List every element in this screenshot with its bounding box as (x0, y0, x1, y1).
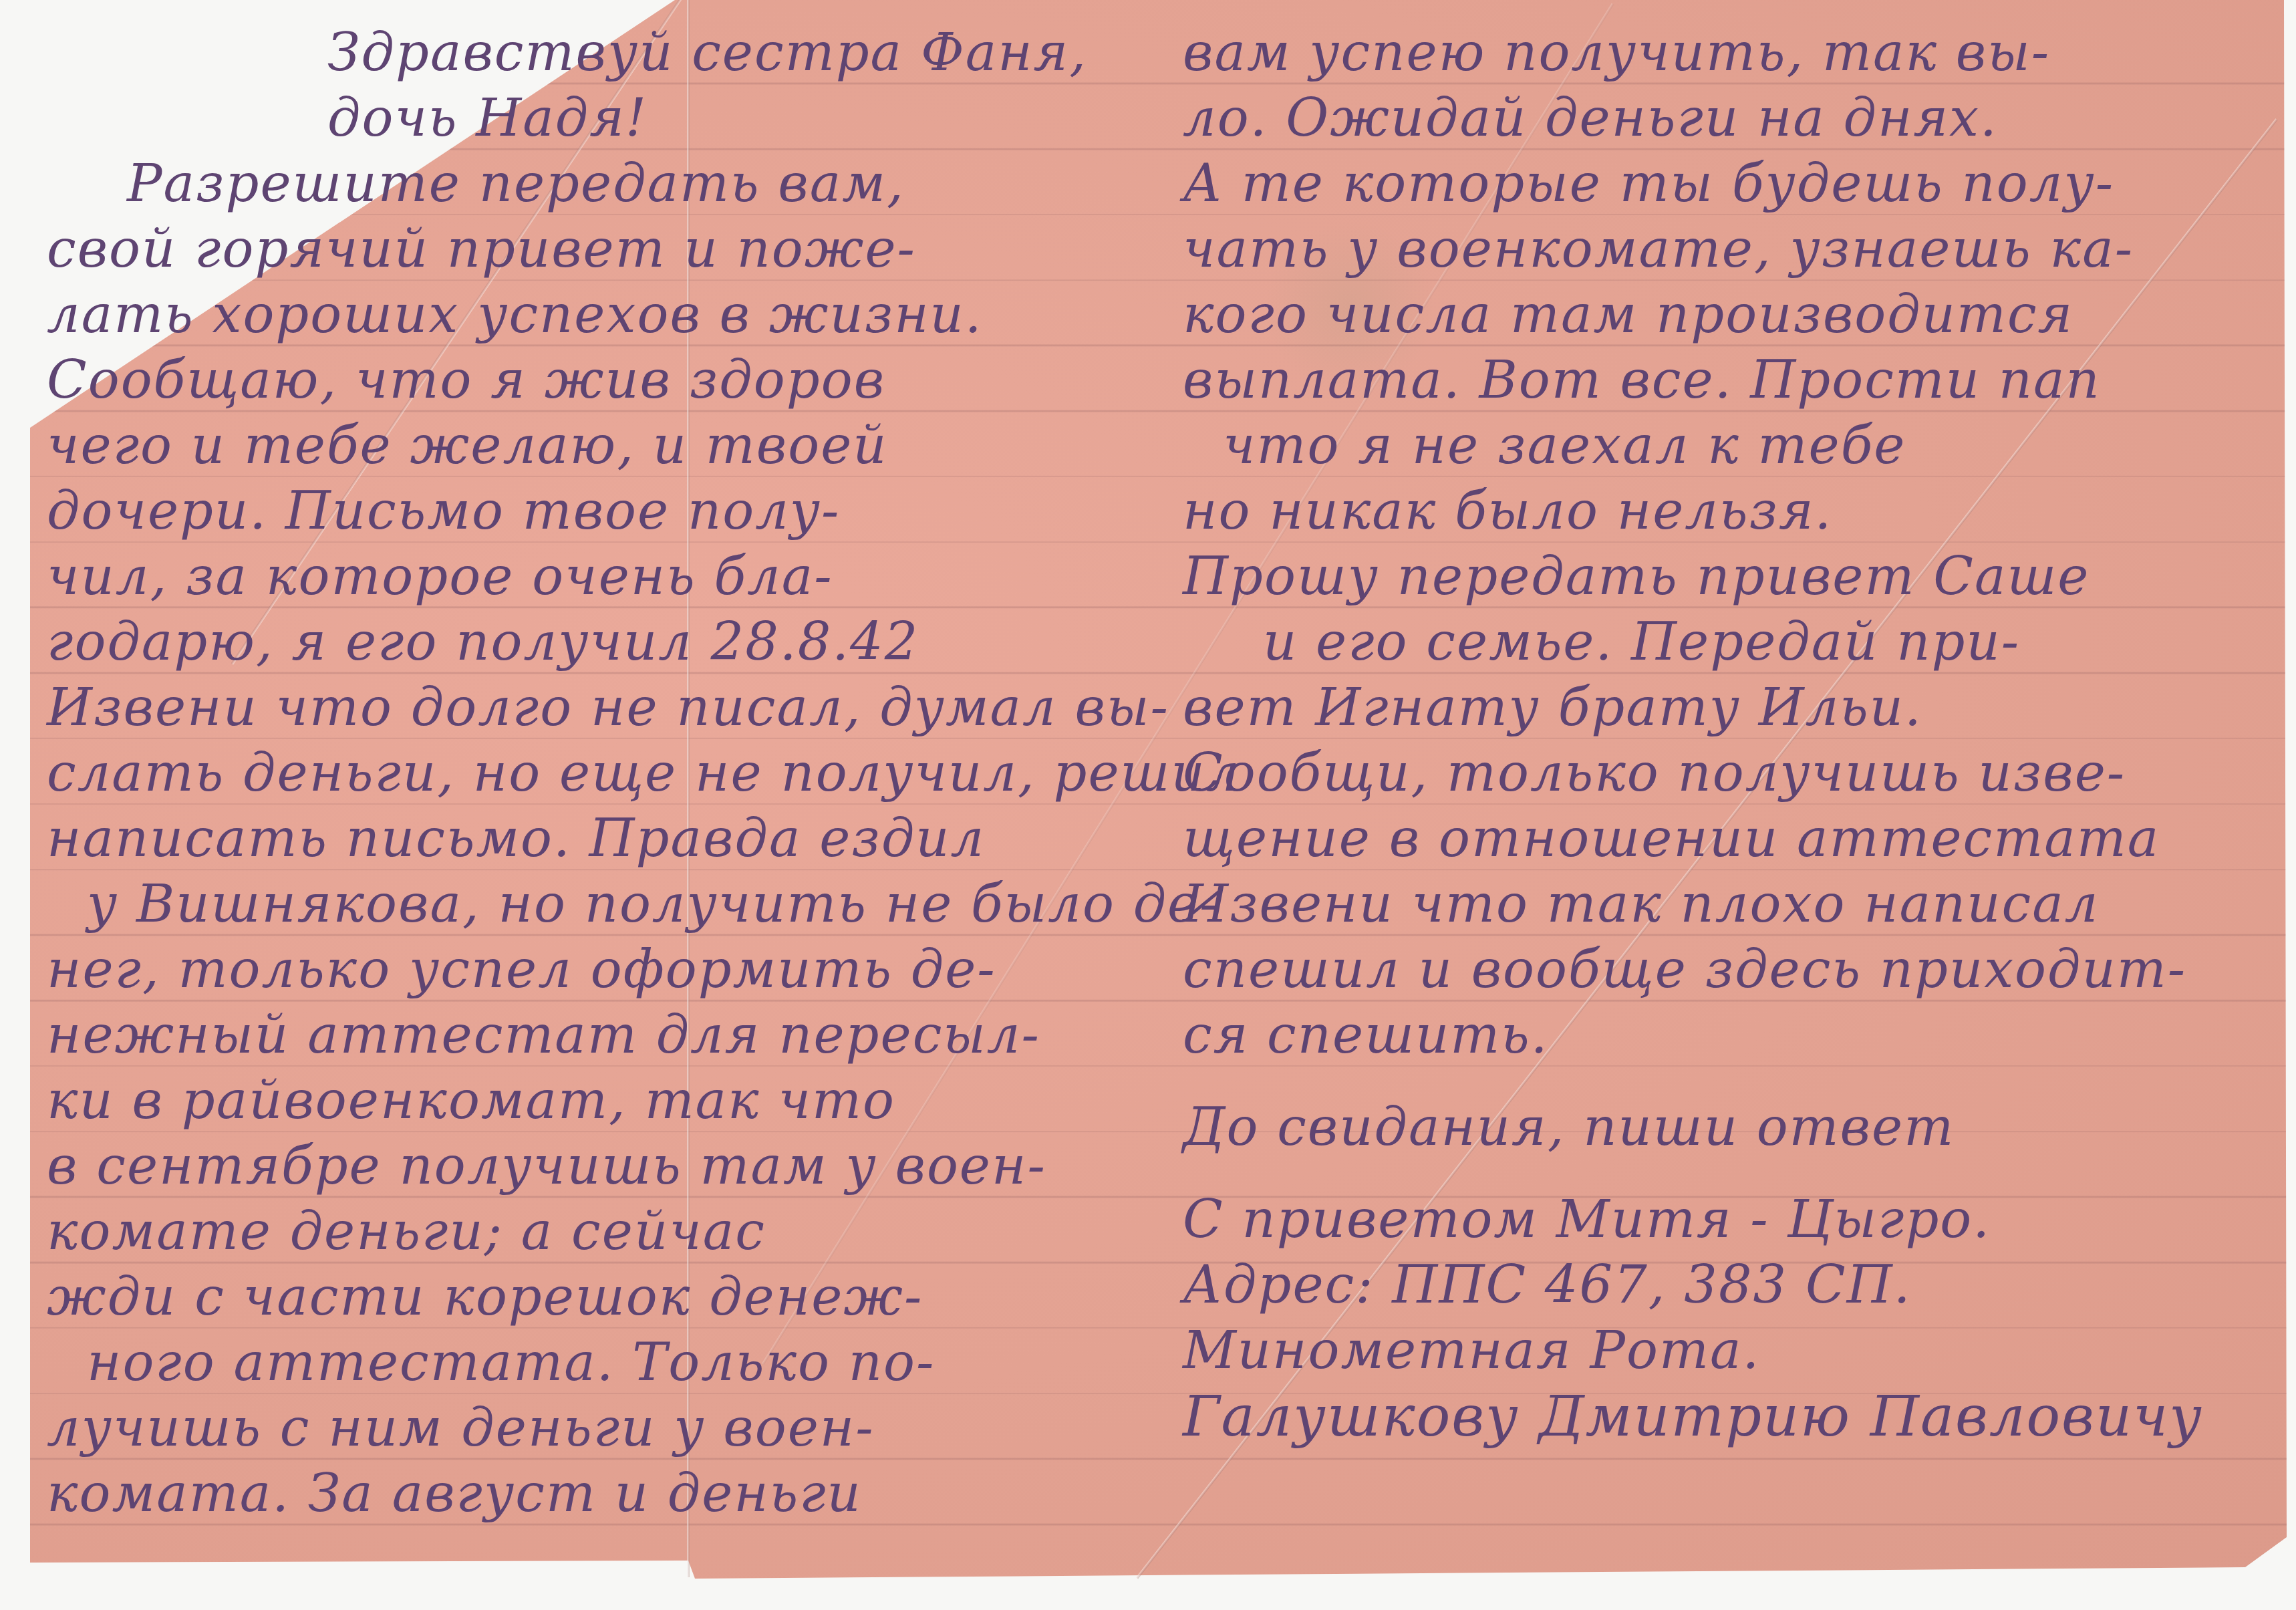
text-line: и его семье. Передай при- (1183, 610, 2279, 675)
closing-line: До свидания, пиши ответ (1183, 1095, 2279, 1160)
text-line: нег, только успел оформить де- (47, 937, 1169, 1002)
text-line: щение в отношении аттестата (1183, 806, 2279, 871)
address-line: Адрес: ППС 467, 383 СП. (1183, 1252, 2279, 1318)
text-line: Разрешите передать вам, (47, 151, 1169, 217)
text-line: годарю, я его получил 28.8.42 (47, 610, 1169, 675)
text-line: комате деньги; а сейчас (47, 1199, 1169, 1264)
text-line: Извени что так плохо написал (1183, 871, 2279, 937)
text-line: написать письмо. Правда ездил (47, 806, 1169, 871)
letter-right-column: вам успею получить, так вы- ло. Ожидай д… (1183, 20, 2279, 1449)
text-line: спешил и вообще здесь приходит- (1183, 937, 2279, 1002)
text-line: слать деньги, но еще не получил, решил (47, 741, 1169, 806)
unit-line: Минометная Рота. (1183, 1318, 2279, 1383)
text-line: вам успею получить, так вы- (1183, 20, 2279, 86)
regards-line: С приветом Митя - Цыгро. (1183, 1187, 2279, 1252)
text-line: ки в райвоенкомат, так что (47, 1068, 1169, 1133)
text-line: ного аттестата. Только по- (47, 1330, 1169, 1395)
text-line: ло. Ожидай деньги на днях. (1183, 86, 2279, 151)
text-line: жди с части корешок денеж- (47, 1264, 1169, 1330)
text-line: свой горячий привет и поже- (47, 217, 1169, 282)
text-line: Извени что долго не писал, думал вы- (47, 675, 1169, 741)
text-line: выплата. Вот все. Прости пап (1183, 348, 2279, 413)
text-line: кого числа там производится (1183, 282, 2279, 348)
text-line: ся спешить. (1183, 1002, 2279, 1068)
text-line: но никак было нельзя. (1183, 479, 2279, 544)
greeting-line: дочь Надя! (47, 86, 1169, 151)
text-line: вет Игнату брату Ильи. (1183, 675, 2279, 741)
text-line: чего и тебе желаю, и твоей (47, 413, 1169, 479)
text-line: дочери. Письмо твое полу- (47, 479, 1169, 544)
text-line: что я не заехал к тебе (1183, 413, 2279, 479)
text-line: в сентябре получишь там у воен- (47, 1133, 1169, 1199)
text-line: Сообщи, только получишь изве- (1183, 741, 2279, 806)
text-line: чил, за которое очень бла- (47, 544, 1169, 610)
text-line: нежный аттестат для пересыл- (47, 1002, 1169, 1068)
greeting-line: Здравствуй сестра Фаня, (47, 20, 1169, 86)
text-line: у Вишнякова, но получить не было де- (47, 871, 1169, 937)
text-line: чать у военкомате, узнаешь ка- (1183, 217, 2279, 282)
text-line: Прошу передать привет Саше (1183, 544, 2279, 610)
text-line: лать хороших успехов в жизни. (47, 282, 1169, 348)
letter-left-column: Здравствуй сестра Фаня, дочь Надя! Разре… (47, 20, 1169, 1526)
text-line: лучишь с ним деньги у воен- (47, 1395, 1169, 1461)
text-line: комата. За август и деньги (47, 1461, 1169, 1526)
text-line: Сообщаю, что я жив здоров (47, 348, 1169, 413)
text-line: А те которые ты будешь полу- (1183, 151, 2279, 217)
recipient-name-line: Галушкову Дмитрию Павловичу (1183, 1383, 2279, 1449)
